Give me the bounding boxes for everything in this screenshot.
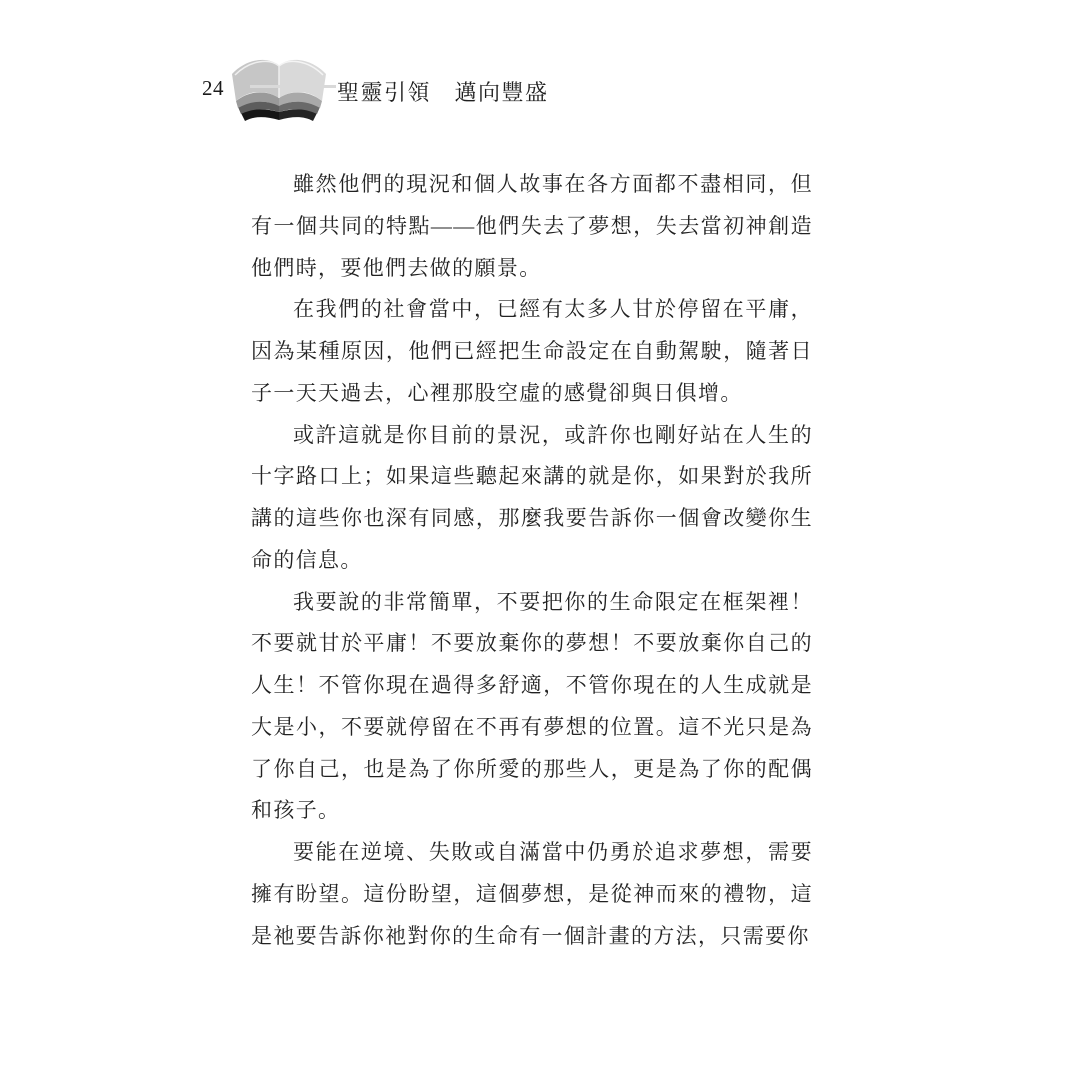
body-text-block: 雖然他們的現況和個人故事在各方面都不盡相同，但有一個共同的特點——他們失去了夢想…	[251, 164, 813, 957]
paragraph: 我要說的非常簡單，不要把你的生命限定在框架裡！不要就甘於平庸！不要放棄你的夢想！…	[251, 582, 813, 833]
open-book-icon	[226, 54, 332, 122]
paragraph: 雖然他們的現況和個人故事在各方面都不盡相同，但有一個共同的特點——他們失去了夢想…	[251, 164, 813, 289]
page-number: 24	[202, 76, 224, 101]
running-header: 24 聖靈引領 邁向豐盛	[0, 0, 1080, 140]
book-page: 24 聖靈引領 邁向豐盛	[0, 0, 1080, 1080]
paragraph: 或許這就是你目前的景況，或許你也剛好站在人生的十字路口上；如果這些聽起來講的就是…	[251, 415, 813, 582]
paragraph: 在我們的社會當中，已經有太多人甘於停留在平庸，因為某種原因，他們已經把生命設定在…	[251, 289, 813, 414]
paragraph: 要能在逆境、失敗或自滿當中仍勇於追求夢想，需要擁有盼望。這份盼望，這個夢想，是從…	[251, 832, 813, 957]
chapter-title: 聖靈引領 邁向豐盛	[337, 76, 549, 107]
header-rule-dash	[250, 85, 336, 88]
